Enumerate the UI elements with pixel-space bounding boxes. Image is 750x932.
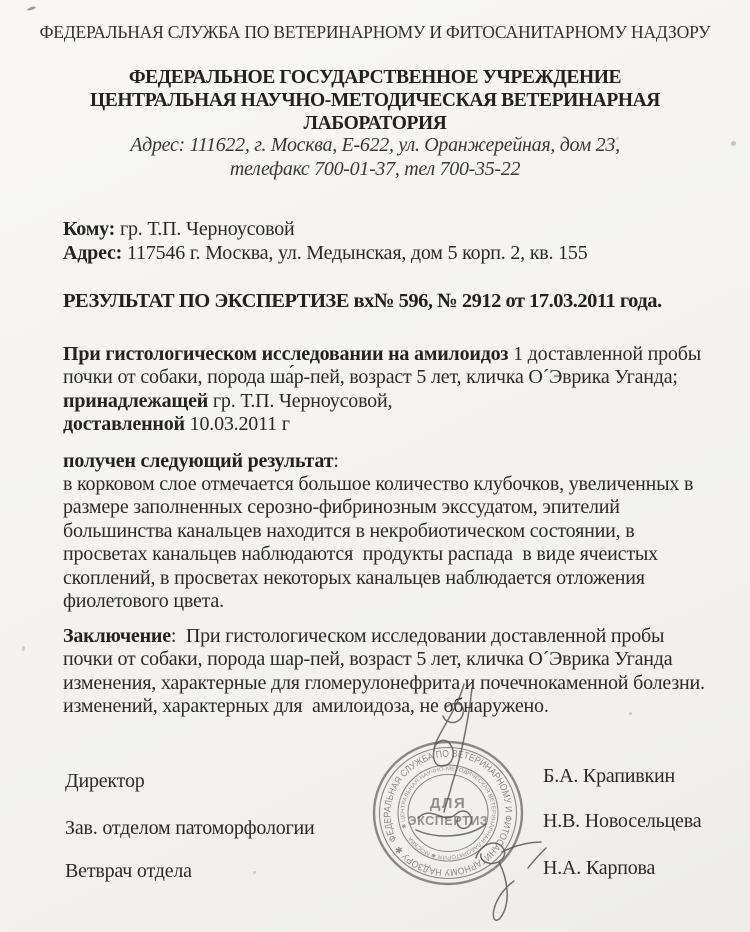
scan-artifact <box>629 712 632 715</box>
text-run: почки от собаки, порода ша́р-пей, возрас… <box>63 366 678 388</box>
text-line: доставленной 10.03.2011 г <box>63 413 723 436</box>
vet-signature <box>476 842 546 920</box>
text-run: гр. Т.П. Черноусовой, <box>208 390 392 412</box>
bold-run: принадлежащей <box>63 390 208 412</box>
text-line: скоплений, в просветах некоторых канальц… <box>63 567 723 590</box>
signatory-title-director: Директор <box>65 770 145 793</box>
text-line: почки от собаки, порода шар-пей, возраст… <box>63 648 723 671</box>
organization-name-line1: ФЕДЕРАЛЬНОЕ ГОСУДАРСТВЕННОЕ УЧРЕЖДЕНИЕ <box>0 66 750 89</box>
scan-artifact <box>22 646 25 651</box>
text-run: 1 доставленной пробы <box>508 343 701 365</box>
scan-artifact <box>253 871 256 874</box>
bold-run: получен следующий результат <box>63 450 333 472</box>
result-intro: получен следующий результат: <box>63 450 723 473</box>
text-line: в корковом слое отмечается большое колич… <box>63 473 723 496</box>
recipient-block: Кому: гр. Т.П. Черноусовой Адрес: 117546… <box>63 217 588 266</box>
lab-address-line1: Адрес: 111622, г. Москва, Е-622, ул. Ора… <box>0 134 750 158</box>
paragraph-findings: в корковом слое отмечается большое колич… <box>63 473 723 613</box>
text-line: При гистологическом исследовании на амил… <box>63 343 723 366</box>
text-line: размере заполненных серозно-фибринозным … <box>63 496 723 519</box>
text-line: почки от собаки, порода ша́р-пей, возрас… <box>63 366 723 389</box>
text-run: 10.03.2011 г <box>185 413 290 435</box>
recipient-to-label: Кому: <box>63 218 115 240</box>
bold-run: Заключение <box>63 625 171 647</box>
text-run: почки от собаки, порода шар-пей, возраст… <box>63 648 672 670</box>
recipient-to: Кому: гр. Т.П. Черноусовой <box>63 217 588 241</box>
text-line: большинства канальцев находится в некроб… <box>63 520 723 543</box>
signatory-title-vet: Ветврач отдела <box>65 860 192 883</box>
text-run: изменения, характерные для гломерулонефр… <box>63 672 705 694</box>
director-signature <box>433 684 472 812</box>
lab-address: Адрес: 111622, г. Москва, Е-622, ул. Ора… <box>0 134 750 181</box>
scan-artifact <box>27 6 36 12</box>
text-run: : <box>333 450 338 472</box>
result-heading: РЕЗУЛЬТАТ ПО ЭКСПЕРТИЗЕ вх№ 596, № 2912 … <box>63 290 662 313</box>
organization-name: ФЕДЕРАЛЬНОЕ ГОСУДАРСТВЕННОЕ УЧРЕЖДЕНИЕ Ц… <box>0 66 750 135</box>
recipient-to-value: гр. Т.П. Черноусовой <box>115 218 294 240</box>
signatory-title-pathology-head: Зав. отделом патоморфологии <box>65 817 315 840</box>
text-line: принадлежащей гр. Т.П. Черноусовой, <box>63 390 723 413</box>
scan-artifact <box>616 137 619 140</box>
organization-name-line3: ЛАБОРАТОРИЯ <box>0 112 750 135</box>
text-run: : При гистологическом исследовании доста… <box>171 625 664 647</box>
recipient-address: Адрес: 117546 г. Москва, ул. Медынская, … <box>63 241 588 265</box>
bold-run: доставленной <box>63 413 185 435</box>
bold-run: При гистологическом исследовании на амил… <box>63 343 508 365</box>
recipient-address-label: Адрес: <box>63 242 122 264</box>
scan-artifact <box>731 141 736 146</box>
organization-name-line2: ЦЕНТРАЛЬНАЯ НАУЧНО-МЕТОДИЧЕСКАЯ ВЕТЕРИНА… <box>0 89 750 112</box>
lab-address-line2: телефакс 700-01-37, тел 700-35-22 <box>0 158 750 182</box>
text-line: Заключение: При гистологическом исследов… <box>63 625 723 648</box>
text-line: фиолетового цвета. <box>63 590 723 613</box>
paragraph-sample-info: При гистологическом исследовании на амил… <box>63 343 723 437</box>
handwritten-signatures <box>388 672 588 932</box>
pathology-head-signature <box>416 811 486 836</box>
text-line: просветах канальцев наблюдаются продукты… <box>63 543 723 566</box>
recipient-address-value: 117546 г. Москва, ул. Медынская, дом 5 к… <box>122 242 587 264</box>
agency-header: ФЕДЕРАЛЬНАЯ СЛУЖБА ПО ВЕТЕРИНАРНОМУ И ФИ… <box>0 22 750 43</box>
document-page: ФЕДЕРАЛЬНАЯ СЛУЖБА ПО ВЕТЕРИНАРНОМУ И ФИ… <box>0 0 750 932</box>
